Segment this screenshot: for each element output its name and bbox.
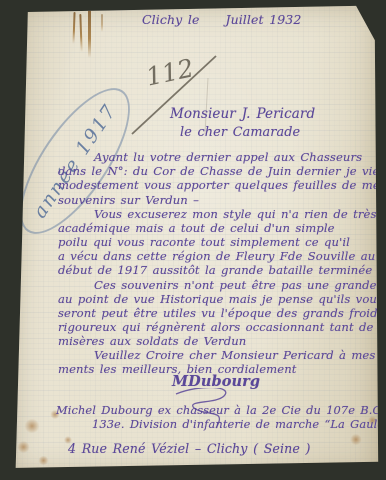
- letter-line: Veuillez Croire cher Monsieur Pericard à…: [94, 349, 386, 362]
- letter-line: rigoureux qui régnèrent alors occasionna…: [58, 321, 373, 334]
- postscript-line: 133e. Division d'infanterie de marche “L…: [92, 418, 386, 431]
- letter-line: académique mais a tout de celui d'un sim…: [58, 222, 335, 235]
- dateline: Clichy leJuillet 1932: [142, 13, 301, 26]
- letter-line: a vécu dans cette région de Fleury Fde S…: [58, 250, 375, 263]
- fox-stain: [350, 434, 362, 445]
- letter-line: au point de vue Historique mais je pense…: [58, 293, 383, 306]
- dateline-date: Juillet 1932: [225, 12, 301, 27]
- letter-line: dans le N°: du Cor de Chasse de Juin der…: [58, 165, 386, 178]
- letter-line: misères aux soldats de Verdun: [58, 335, 246, 348]
- address-line: 4 Rue René Véziel – Clichy ( Seine ): [68, 442, 310, 455]
- fox-stain: [24, 419, 40, 433]
- salutation-greeting: le cher Camarade: [180, 126, 300, 139]
- letter-line: début de 1917 aussitôt la grande bataill…: [58, 264, 383, 277]
- fox-stain: [334, 462, 344, 470]
- letter-line: Ayant lu votre dernier appel aux Chasseu…: [94, 151, 362, 164]
- letter-line: seront peut être utiles vu l'époque des …: [58, 307, 384, 320]
- rust-stain: [101, 14, 103, 32]
- fox-stain: [298, 466, 306, 473]
- signature: MDubourg: [172, 375, 260, 388]
- letter-line: Vous excuserez mon style qui n'a rien de…: [94, 208, 377, 221]
- letter-line: Ces souvenirs n'ont peut être pas une gr…: [94, 279, 386, 292]
- letter-paper: année 1917 112 Clichy leJuillet 1932 Mon…: [12, 4, 380, 474]
- rust-stain: [88, 10, 91, 58]
- letter-line: poilu qui vous raconte tout simplement c…: [58, 236, 350, 249]
- letter-line: modestement vous apporter quelques feuil…: [58, 179, 386, 192]
- dateline-place: Clichy le: [142, 12, 199, 27]
- letter-line: souvenirs sur Verdun –: [58, 194, 199, 207]
- photo-background: { "letter": { "dateline": { "place": "Cl…: [0, 0, 386, 480]
- salutation-name: Monsieur J. Pericard: [170, 108, 315, 121]
- fox-stain: [17, 441, 30, 453]
- fox-stain: [38, 456, 49, 465]
- postscript-line: Michel Dubourg ex chasseur à la 2e Cie d…: [56, 404, 386, 417]
